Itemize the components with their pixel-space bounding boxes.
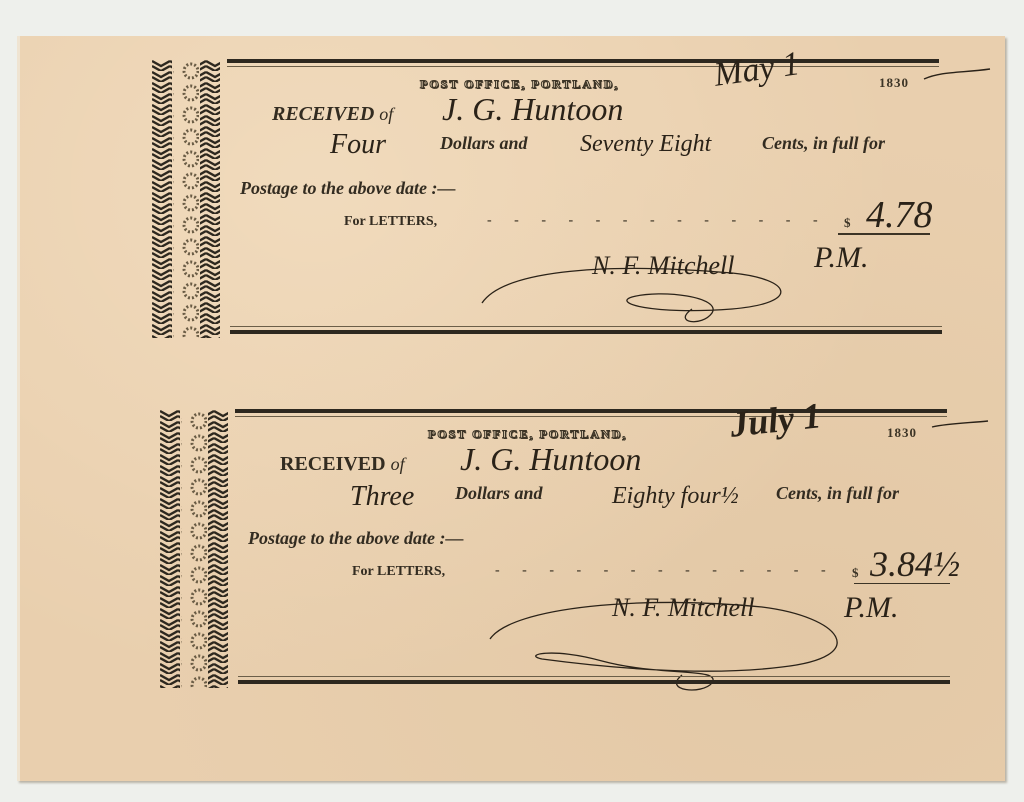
handwritten-payer: J. G. Huntoon [460, 441, 641, 478]
bottom-rule-thin [230, 326, 942, 327]
handwritten-signature: N. F. Mitchell [612, 593, 755, 623]
date-flourish-icon [922, 65, 992, 85]
year: 1830 [879, 75, 909, 91]
dot-leaders: - - - - - - - - - - - - - - [487, 213, 832, 229]
handwritten-amount: 3.84½ [870, 543, 960, 585]
dollars-label: Dollars and [440, 133, 528, 154]
postage-label: Postage to the above date :— [248, 528, 463, 549]
cents-label: Cents, in full for [776, 483, 899, 504]
decorative-border-icon [152, 60, 224, 338]
decorative-border-icon [160, 410, 232, 688]
amount-underline [854, 583, 950, 584]
bottom-rule [230, 330, 942, 334]
handwritten-cents: Seventy Eight [580, 131, 711, 158]
dot-leaders: - - - - - - - - - - - - - - [495, 563, 840, 579]
handwritten-payer: J. G. Huntoon [442, 91, 623, 128]
postage-label: Postage to the above date :— [240, 178, 455, 199]
dollar-sign: $ [852, 565, 859, 581]
handwritten-date: May 1 [712, 45, 802, 95]
post-office-header: POST OFFICE, PORTLAND, [428, 427, 627, 442]
handwritten-date: July 1 [728, 394, 823, 445]
for-letters-label: For LETTERS, [352, 564, 445, 580]
date-flourish-icon [930, 417, 990, 433]
receipt-2: POST OFFICE, PORTLAND, July 1 1830 RECEI… [160, 395, 960, 691]
for-letters-label: For LETTERS, [344, 214, 437, 230]
handwritten-cents: Eighty four½ [612, 483, 739, 510]
top-rule [235, 409, 947, 413]
year: 1830 [887, 425, 917, 441]
post-office-header: POST OFFICE, PORTLAND, [420, 77, 619, 92]
handwritten-amount: 4.78 [866, 193, 933, 237]
handwritten-dollars: Four [330, 129, 386, 161]
top-rule-thin [235, 416, 947, 417]
handwritten-dollars: Three [350, 481, 414, 513]
top-rule [227, 59, 939, 63]
receipt-1: POST OFFICE, PORTLAND, May 1 1830 RECEIV… [152, 45, 952, 341]
dollars-label: Dollars and [455, 483, 543, 504]
cents-label: Cents, in full for [762, 133, 885, 154]
top-rule-thin [227, 66, 939, 67]
of-text: of [391, 454, 405, 474]
postmaster-abbrev: P.M. [844, 591, 898, 625]
of-text: of [379, 104, 393, 124]
bottom-rule [238, 680, 950, 684]
received-text: RECEIVED [280, 453, 386, 475]
received-label: RECEIVED of [272, 103, 393, 126]
amount-underline [838, 233, 930, 235]
handwritten-signature: N. F. Mitchell [592, 251, 735, 281]
dollar-sign: $ [844, 215, 851, 231]
received-label: RECEIVED of [280, 453, 405, 476]
bottom-rule-thin [238, 676, 950, 677]
postmaster-abbrev: P.M. [814, 241, 868, 275]
received-text: RECEIVED [272, 103, 374, 125]
